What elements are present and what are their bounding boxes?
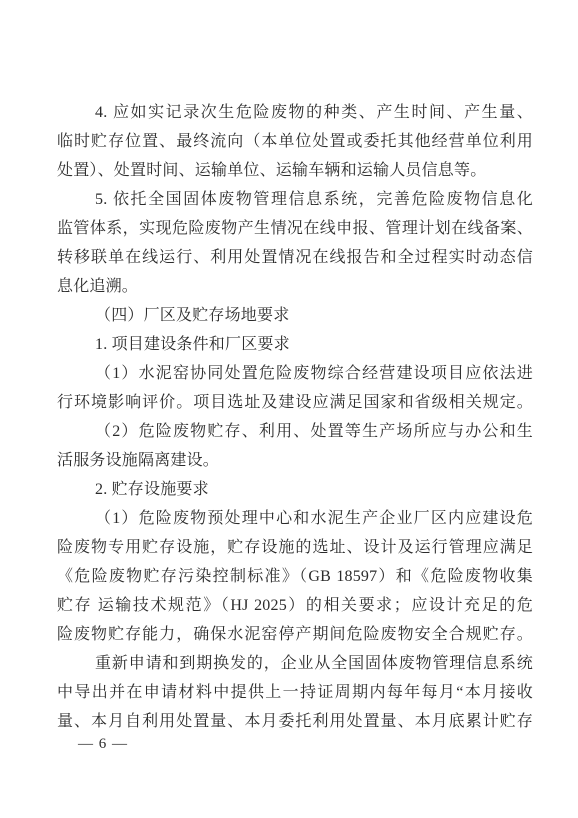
text-line: （2）危险废物贮存、利用、处置等生产场所应与办公和生: [57, 417, 533, 446]
text-line: 活服务设施隔离建设。: [57, 446, 533, 475]
page-body: 4. 应如实记录次生危险废物的种类、产生时间、产生量、 临时贮存位置、最终流向（…: [57, 98, 533, 736]
text-line: 处置）、处置时间、运输单位、运输车辆和运输人员信息等。: [57, 156, 533, 185]
text-line: 《危险废物贮存污染控制标准》（GB 18597）和《危险废物收集: [57, 562, 533, 591]
text-line: 贮存 运输技术规范》（HJ 2025）的相关要求；应设计充足的危: [57, 591, 533, 620]
text-line: （1）危险废物预处理中心和水泥生产企业厂区内应建设危: [57, 504, 533, 533]
text-line: （1）水泥窑协同处置危险废物综合经营建设项目应依法进: [57, 359, 533, 388]
sub-heading: 2. 贮存设施要求: [57, 475, 533, 504]
text-line: 险废物贮存能力，确保水泥窑停产期间危险废物安全合规贮存。: [57, 620, 533, 649]
sub-heading: 1. 项目建设条件和厂区要求: [57, 330, 533, 359]
text-line: 息化追溯。: [57, 272, 533, 301]
text-line: 重新申请和到期换发的，企业从全国固体废物管理信息系统: [57, 649, 533, 678]
text-line: 行环境影响评价。项目选址及建设应满足国家和省级相关规定。: [57, 388, 533, 417]
text-line: 量、本月自利用处置量、本月委托利用处置量、本月底累计贮存: [57, 707, 533, 736]
section-heading: （四）厂区及贮存场地要求: [57, 301, 533, 330]
document-page: 4. 应如实记录次生危险废物的种类、产生时间、产生量、 临时贮存位置、最终流向（…: [0, 0, 578, 818]
page-number: — 6 —: [78, 736, 128, 753]
text-line: 转移联单在线运行、利用处置情况在线报告和全过程实时动态信: [57, 243, 533, 272]
text-line: 险废物专用贮存设施，贮存设施的选址、设计及运行管理应满足: [57, 533, 533, 562]
text-line: 4. 应如实记录次生危险废物的种类、产生时间、产生量、: [57, 98, 533, 127]
text-line: 临时贮存位置、最终流向（本单位处置或委托其他经营单位利用: [57, 127, 533, 156]
text-line: 监管体系，实现危险废物产生情况在线申报、管理计划在线备案、: [57, 214, 533, 243]
text-line: 5. 依托全国固体废物管理信息系统，完善危险废物信息化: [57, 185, 533, 214]
text-line: 中导出并在申请材料中提供上一持证周期内每年每月“本月接收: [57, 678, 533, 707]
